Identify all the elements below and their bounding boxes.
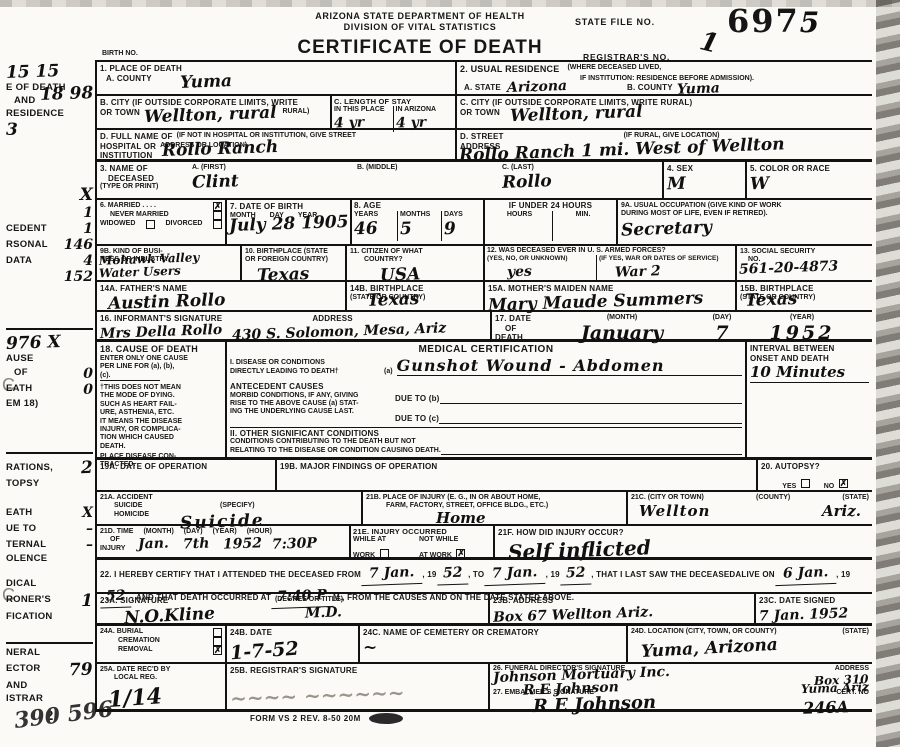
field-mother-birthplace: 15B. BIRTHPLACE (STATE OR COUNTRY) Texas: [737, 282, 872, 310]
field-label: 19A. DATE OF OPERATION: [100, 462, 272, 472]
field-disposition: 24A. BURIAL CREMATION REMOVAL✗: [97, 626, 227, 662]
divorced-label: DIVORCED: [165, 220, 202, 228]
union-label-stamp-icon: [369, 713, 403, 724]
field-citizen-of: 11. CITIZEN OF WHAT COUNTRY? USA: [347, 246, 485, 280]
margin-cause-block: 976 X AUSE OF0 EATH0 EM 18): [6, 328, 93, 411]
field-registrar-signature: 25B. REGISTRAR'S SIGNATURE ~~~~ ~~~~~~: [227, 664, 490, 709]
margin-place-block: 15 15 E OF DEATH AND18 98 RESIDENCE 3: [6, 62, 93, 140]
margin-hw: X: [82, 505, 93, 521]
field-sublabel: (YEAR): [213, 528, 237, 536]
field-usual-residence: 2. USUAL RESIDENCE (WHERE DECEASED LIVED…: [457, 62, 872, 94]
field-label: 7. DATE OF BIRTH: [230, 202, 347, 212]
age-months-value: 5: [400, 219, 413, 239]
field-injury-occurred: 21E. INJURY OCCURRED WHILE AT WORK NOT W…: [351, 526, 495, 557]
antecedent-note: RISE TO THE ABOVE CAUSE (a) STAT-: [230, 400, 395, 408]
margin-hw: 1: [81, 591, 93, 611]
margin-hw: 1: [6, 205, 93, 221]
funeral-address-value2: Yuma Ariz: [801, 680, 869, 698]
margin-label: RESIDENCE: [6, 108, 93, 121]
certify-alive-date: 6 Jan.: [774, 561, 836, 587]
field-place-of-death-county: 1. PLACE OF DEATH A. COUNTY Yuma: [97, 62, 457, 94]
certify-text: , 19: [422, 570, 436, 579]
scan-noise-right: [876, 0, 900, 747]
armed-forces-value: yes: [507, 264, 532, 281]
field-sublabel: (MONTH): [557, 314, 687, 322]
margin-violence-block: EATHX UE TO– TERNAL– OLENCE: [6, 505, 93, 566]
while-at-work-checkbox: [380, 549, 389, 558]
due-to-b-tag: DUE TO (b): [395, 394, 440, 404]
field-sublabel: IN THIS PLACE: [334, 106, 393, 114]
field-label: 4. SEX: [667, 164, 742, 174]
field-note: DURING MOST OF LIFE, EVEN IF RETIRED).: [621, 210, 869, 218]
injury-place-value: Home: [436, 509, 623, 527]
field-sublabel: MONTHS: [400, 211, 441, 219]
other-conditions-note: RELATING TO THE DISEASE OR CONDITION CAU…: [230, 447, 441, 455]
margin-hw: X: [6, 185, 93, 205]
field-usual-occupation: 9A. USUAL OCCUPATION (GIVE KIND OF WORK …: [618, 200, 872, 244]
certify-to-year: 52: [559, 561, 591, 585]
margin-hw: 4: [83, 253, 93, 269]
father-birthplace-value: Texas: [367, 289, 420, 311]
margin-autopsy-block: RATIONS,2 TOPSY: [6, 452, 93, 491]
field-sublabel: (IF YES, WAR OR DATES OF SERVICE): [599, 255, 719, 263]
cause-note: ENTER ONLY ONE CAUSE: [100, 355, 222, 363]
field-birthplace: 10. BIRTHPLACE (STATE OR FOREIGN COUNTRY…: [242, 246, 347, 280]
address-label: ADDRESS: [312, 314, 353, 324]
margin-label: AND: [6, 95, 35, 108]
field-sublabel: IN ARIZONA: [396, 106, 454, 114]
field-how-injury-occurred: 21F. HOW DID INJURY OCCUR? Self inflicte…: [495, 526, 872, 557]
certify-text: , TO: [468, 570, 484, 579]
age-years-value: 46: [354, 219, 378, 240]
cemetery-scribble: ~: [363, 638, 377, 658]
margin-label: AUSE: [6, 353, 93, 366]
date-of-birth-value: July 28 1905: [229, 212, 349, 236]
field-sublabel: HOURS: [487, 211, 552, 219]
county-sublabel: (COUNTY): [756, 494, 790, 502]
residence-city-value: Wellton, rural: [510, 101, 643, 126]
injury-year-value: 1952: [223, 536, 263, 554]
field-disposition-date: 24B. DATE 1-7-52: [227, 626, 360, 662]
informant-address-value: 430 S. Solomon, Mesa, Ariz: [232, 320, 447, 343]
field-label: 20. AUTOPSY?: [761, 462, 869, 472]
field-under-24-hours: IF UNDER 24 HOURS HOURS MIN.: [485, 200, 618, 244]
field-label: 21D. TIME: [100, 528, 133, 536]
margin-hw: 976 X: [6, 332, 61, 354]
margin-hw: 0: [83, 382, 93, 398]
physician-address-value: Box 67 Wellton Ariz.: [493, 604, 654, 626]
fathers-name-value: Austin Rollo: [108, 290, 226, 314]
field-place-city: B. CITY (IF OUTSIDE CORPORATE LIMITS, WR…: [97, 96, 332, 128]
field-autopsy: 20. AUTOPSY? YES NO ✗: [758, 460, 872, 490]
certify-text: 22. I HEREBY CERTIFY THAT I ATTENDED THE…: [100, 570, 361, 579]
removal-checkbox: ✗: [213, 646, 222, 655]
field-institution: D. FULL NAME OF (IF NOT IN HOSPITAL OR I…: [97, 130, 457, 159]
mother-birthplace-value: Texas: [745, 289, 798, 311]
field-label: 21B. PLACE OF INJURY (E. G., IN OR ABOUT…: [366, 494, 623, 502]
margin-label: DICAL: [6, 578, 93, 591]
margin-label: TERNAL: [6, 539, 46, 552]
margin-label: OF: [6, 367, 28, 380]
margin-label: UE TO: [6, 523, 36, 536]
physician-signature-value: N.O.Kline: [124, 603, 216, 628]
while-at-work-label: WHILE AT: [353, 536, 419, 544]
margin-label: DATA: [6, 255, 32, 268]
cause-note: URE, ASTHENIA, ETC.: [100, 409, 222, 417]
field-armed-forces: 12. WAS DECEASED EVER IN U. S. ARMED FOR…: [485, 246, 737, 280]
field-label: A. COUNTY: [106, 74, 152, 84]
date-signed-value: 7 Jan. 1952: [759, 605, 849, 624]
field-label: 23C. DATE SIGNED: [759, 596, 869, 606]
cause-a-tag: (a): [384, 368, 393, 376]
field-injury-city-state: 21C. (CITY OR TOWN) (COUNTY) (STATE) Wel…: [628, 492, 872, 524]
field-label: 5. COLOR OR RACE: [750, 164, 869, 174]
cremation-label: CREMATION: [100, 637, 160, 645]
never-married-checkbox: [213, 211, 222, 220]
certify-text: , THAT I LAST SAW THE DECEASED: [591, 570, 735, 579]
form-footer: FORM VS 2 REV. 8-50 20M: [250, 713, 403, 724]
field-label: 23B. ADDRESS: [493, 596, 751, 606]
certificate-header: BIRTH NO. ARIZONA STATE DEPARTMENT OF HE…: [0, 0, 900, 60]
sex-value: M: [667, 173, 687, 194]
antecedent-note: MORBID CONDITIONS, IF ANY, GIVING: [230, 392, 395, 400]
margin-hw: 146: [64, 237, 93, 253]
injury-month-value: Jan.: [138, 536, 169, 554]
margin-label: EATH: [6, 507, 32, 520]
field-note: (WHERE DECEASED LIVED,: [567, 64, 661, 75]
field-interval-onset-death: INTERVAL BETWEEN ONSET AND DEATH 10 Minu…: [747, 342, 872, 457]
field-label: 21E. INJURY OCCURRED: [353, 527, 491, 536]
field-label: RURAL): [283, 108, 310, 125]
margin-hw: 79: [69, 659, 93, 680]
state-file-print: 697: [727, 2, 800, 40]
field-cause-of-death-notes: 18. CAUSE OF DEATH ENTER ONLY ONE CAUSE …: [97, 342, 227, 457]
field-label: 18. CAUSE OF DEATH: [100, 344, 222, 355]
not-at-work-checkbox: ✗: [456, 549, 465, 558]
field-color-or-race: 5. COLOR OR RACE W: [747, 162, 872, 198]
field-sublabel: (YEAR): [757, 314, 847, 322]
field-disposition-location: 24D. LOCATION (CITY, TOWN, OR COUNTY) (S…: [628, 626, 872, 662]
field-date-of-operation: 19A. DATE OF OPERATION: [97, 460, 277, 490]
business-value2: Water Users: [99, 264, 181, 281]
margin-hw: 3: [6, 120, 93, 140]
field-time-of-injury: 21D. TIME (MONTH) (DAY) (YEAR) (HOUR) OF…: [97, 526, 351, 557]
cause-note: DEATH.: [100, 443, 222, 451]
field-length-of-stay: C. LENGTH OF STAY IN THIS PLACE 4 yr IN …: [332, 96, 457, 128]
death-certificate-scan: C C BIRTH NO. ARIZONA STATE DEPARTMENT O…: [0, 0, 900, 747]
ssn-value: 561-20-4873: [739, 258, 839, 277]
registrars-number: 1: [697, 26, 722, 59]
field-medical-certification: MEDICAL CERTIFICATION I. DISEASE OR COND…: [227, 342, 747, 457]
field-label: 8. AGE: [354, 201, 481, 211]
other-conditions-line: [441, 445, 742, 455]
injury-city-value: Wellton: [639, 502, 710, 520]
place-city-value: Wellton, rural: [144, 102, 277, 127]
other-conditions-note: CONDITIONS CONTRIBUTING TO THE DEATH BUT…: [230, 438, 441, 446]
autopsy-no-label: NO: [824, 483, 835, 490]
field-label: HOMICIDE: [100, 511, 180, 519]
injury-hour-value: 7:30P: [272, 536, 317, 554]
cause-note: †THIS DOES NOT MEAN: [100, 384, 222, 392]
antecedent-note: ING THE UNDERLYING CAUSE LAST.: [230, 408, 395, 416]
cause-note: (c).: [100, 372, 160, 381]
widowed-checkbox: [146, 220, 155, 229]
field-note: (TYPE OR PRINT): [100, 183, 192, 191]
margin-label: EATH: [6, 383, 32, 396]
field-note: IF INSTITUTION: RESIDENCE BEFORE ADMISSI…: [580, 75, 869, 83]
first-name-value: Clint: [192, 172, 239, 194]
margin-label: RSONAL: [6, 239, 48, 252]
field-age: 8. AGE YEARS46 MONTHS5 DAYS9: [352, 200, 485, 244]
field-label: C. LENGTH OF STAY: [334, 97, 453, 106]
field-label: OR TOWN: [460, 108, 500, 124]
cause-note: PER LINE FOR (a), (b),: [100, 363, 222, 371]
margin-hw: 0: [83, 366, 93, 382]
field-sublabel: MIN.: [553, 211, 613, 219]
field-marital-status: 6. MARRIED . . . .✗ NEVER MARRIED WIDOWE…: [97, 200, 227, 244]
field-date-of-death: 17. DATE OF DEATH (MONTH) January (DAY) …: [492, 312, 872, 339]
cert-no-value: 246A: [803, 697, 849, 718]
cause-a-value: Gunshot Wound - Abdomen: [397, 356, 665, 375]
field-social-security: 13. SOCIAL SECURITY NO. 561-20-4873: [737, 246, 872, 280]
field-label: 10. BIRTHPLACE (STATE: [245, 248, 342, 256]
form-number-note: FORM VS 2 REV. 8-50 20M: [250, 714, 361, 724]
divorced-checkbox: [213, 220, 222, 229]
degree-value: M.D.: [305, 605, 342, 622]
field-label: 3. NAME OF: [100, 164, 192, 174]
state-file-label: STATE FILE NO.: [575, 17, 655, 28]
field-label: 1. PLACE OF DEATH: [100, 64, 452, 74]
field-mothers-maiden-name: 15A. MOTHER'S MAIDEN NAME Mary Maude Sum…: [485, 282, 737, 310]
margin-hw: 152: [6, 269, 93, 285]
widowed-label: WIDOWED: [100, 220, 135, 228]
field-label: 19B. MAJOR FINDINGS OF OPERATION: [280, 462, 753, 472]
autopsy-no-checkbox: ✗: [839, 479, 848, 488]
degree-label: (DEGREE OR TITLE): [275, 596, 343, 604]
field-note: OR FOREIGN COUNTRY): [245, 256, 342, 264]
dept-line2: DIVISION OF VITAL STATISTICS: [295, 22, 545, 33]
margin-hw: 18 98: [39, 83, 93, 105]
field-label: 9A. USUAL OCCUPATION (GIVE KIND OF WORK: [621, 202, 869, 210]
field-sublabel: (DAY): [687, 314, 757, 322]
margin-label: ECTOR: [6, 663, 41, 676]
field-label: OF: [100, 536, 138, 544]
field-accident-suicide-homicide: 21A. ACCIDENT SUICIDE HOMICIDE (SPECIFY)…: [97, 492, 363, 524]
field-label: OR TOWN: [100, 108, 140, 125]
while-at-work-label2: WORK: [353, 552, 375, 559]
field-attending-certification: 22. I HEREBY CERTIFY THAT I ATTENDED THE…: [97, 560, 872, 592]
field-note: (SPECIFY): [220, 502, 255, 509]
field-physician-address: 23B. ADDRESS Box 67 Wellton Ariz.: [490, 594, 756, 623]
injury-day-value: 7th: [182, 536, 209, 554]
age-days-value: 9: [444, 219, 457, 239]
field-label: 12. WAS DECEASED EVER IN U. S. ARMED FOR…: [487, 247, 733, 255]
margin-label: NERAL: [6, 647, 93, 660]
field-informant: 16. INFORMANT'S SIGNATURE ADDRESS Mrs De…: [97, 312, 492, 339]
war-value: War 2: [615, 263, 661, 281]
certify-to-date: 7 Jan.: [484, 561, 546, 587]
state-file-hw-digit: 5: [800, 6, 821, 39]
certify-text: ALIVE ON: [735, 570, 774, 579]
field-major-findings: 19B. MAJOR FINDINGS OF OPERATION: [277, 460, 758, 490]
margin-label: RATIONS,: [6, 462, 53, 475]
race-value: W: [750, 173, 770, 194]
burial-checkbox: [213, 628, 222, 637]
cause-note: IT MEANS THE DISEASE: [100, 418, 222, 426]
field-label: SUICIDE: [100, 502, 180, 510]
autopsy-yes-label: YES: [782, 483, 796, 490]
field-label: INTERVAL BETWEEN: [750, 344, 869, 354]
certify-text: , 19: [546, 570, 560, 579]
injury-state-value: Ariz.: [822, 502, 861, 520]
field-sublabel: (YES, NO, OR UNKNOWN): [487, 255, 596, 263]
margin-label: EM 18): [6, 398, 93, 411]
institution-value: Rollo Ranch: [162, 137, 279, 163]
margin-hw: 2: [81, 458, 94, 478]
field-residence-city: C. CITY (IF OUTSIDE CORPORATE LIMITS, WR…: [457, 96, 872, 128]
field-label: 21C. (CITY OR TOWN): [631, 494, 704, 502]
field-label: 25B. REGISTRAR'S SIGNATURE: [230, 666, 485, 676]
interval-value: 10 Minutes: [750, 363, 845, 381]
other-conditions-title: II. OTHER SIGNIFICANT CONDITIONS: [230, 429, 742, 439]
field-label: D. STREET: [460, 132, 504, 142]
due-to-c-line: [439, 414, 742, 424]
removal-label: REMOVAL: [100, 646, 152, 654]
field-label: 17. DATE: [495, 314, 557, 324]
field-label: DIRECTLY LEADING TO DEATH†: [230, 368, 380, 376]
field-label: INSTITUTION: [100, 151, 152, 161]
cause-note: INJURY, OR COMPLICA-: [100, 426, 222, 434]
medical-certification-title: MEDICAL CERTIFICATION: [230, 344, 742, 356]
informant-signature-value: Mrs Della Rollo: [100, 321, 223, 341]
field-sublabel: DAYS: [444, 211, 463, 219]
field-sex: 4. SEX M: [662, 162, 747, 198]
married-checkbox: ✗: [213, 202, 222, 211]
cause-note: TION WHICH CAUSED: [100, 434, 222, 442]
due-to-b-line: [440, 394, 742, 404]
margin-certification-block: DICAL RONER'S1 FICATION: [6, 578, 93, 624]
occupation-value: Secretary: [621, 217, 713, 240]
cause-note: THE MODE OF DYING.: [100, 392, 222, 400]
margin-label: TOPSY: [6, 478, 93, 491]
field-fathers-name: 14A. FATHER'S NAME Austin Rollo: [97, 282, 347, 310]
field-funeral-director: 26. FUNERAL DIRECTOR'S SIGNATURE ADDRESS…: [490, 664, 872, 709]
cause-note: SUCH AS HEART FAIL-: [100, 401, 222, 409]
field-name-of-deceased: 3. NAME OF DECEASED (TYPE OR PRINT) A. (…: [97, 162, 662, 198]
margin-label: OLENCE: [6, 553, 93, 566]
birth-no-label: BIRTH NO.: [102, 50, 138, 58]
county-value: Yuma: [179, 71, 232, 93]
field-cemetery-name: 24C. NAME OF CEMETERY OR CREMATORY ~: [360, 626, 628, 662]
last-name-value: Rollo: [502, 172, 552, 194]
margin-annotations: 15 15 E OF DEATH AND18 98 RESIDENCE 3 X …: [0, 0, 95, 747]
margin-label: FICATION: [6, 611, 93, 624]
field-date-of-birth: 7. DATE OF BIRTH MONTHDAYYEAR July 28 19…: [227, 200, 352, 244]
disposition-date-value: 1-7-52: [229, 633, 355, 664]
embalmer-signature-value: R E Johnson: [533, 692, 657, 719]
certify-from-date: 7 Jan.: [361, 561, 423, 587]
page-title: CERTIFICATE OF DEATH: [295, 37, 545, 60]
margin-hw: 15 15: [6, 61, 60, 83]
registrar-signature-squiggle: ~~~~ ~~~~~~: [230, 677, 486, 710]
field-street-address: D. STREET (IF RURAL, GIVE LOCATION) ADDR…: [457, 130, 872, 159]
margin-label: AND: [6, 680, 93, 693]
field-label: I. DISEASE OR CONDITIONS: [230, 359, 380, 367]
margin-label: RONER'S: [6, 594, 51, 607]
antecedent-title: ANTECEDENT CAUSES: [230, 382, 742, 392]
certify-text: , 19: [836, 570, 850, 579]
field-father-birthplace: 14B. BIRTHPLACE (STATE OR COUNTRY) Texas: [347, 282, 485, 310]
field-physician-signature: 23A. SIGNATURE N.O.Kline (DEGREE OR TITL…: [97, 594, 490, 623]
married-label: 6. MARRIED . . . .: [100, 202, 156, 210]
field-label: INJURY: [100, 545, 138, 553]
autopsy-yes-checkbox: [801, 479, 810, 488]
field-label: HOSPITAL OR: [100, 142, 156, 152]
field-kind-of-business: 9B. KIND OF BUSI- NESS OR INDUSTRY Mohaw…: [97, 246, 242, 280]
dept-line1: ARIZONA STATE DEPARTMENT OF HEALTH: [295, 11, 545, 22]
field-sublabel: B. (MIDDLE): [357, 164, 502, 172]
margin-hw: –: [86, 537, 93, 553]
field-date-signed: 23C. DATE SIGNED 7 Jan. 1952: [756, 594, 872, 623]
field-label: 21A. ACCIDENT: [100, 494, 180, 502]
field-label: 13. SOCIAL SECURITY: [740, 248, 869, 256]
field-label: 25A. DATE REC'D BY: [100, 666, 222, 674]
margin-label: CEDENT: [6, 223, 47, 236]
never-married-label: NEVER MARRIED: [100, 211, 169, 219]
field-place-of-injury: 21B. PLACE OF INJURY (E. G., IN OR ABOUT…: [363, 492, 628, 524]
not-at-work-label: NOT WHILE: [419, 536, 465, 544]
field-label: 24C. NAME OF CEMETERY OR CREMATORY: [363, 628, 623, 638]
margin-hw: 1: [83, 221, 93, 237]
certificate-form: 1. PLACE OF DEATH A. COUNTY Yuma 2. USUA…: [95, 60, 872, 712]
burial-label: 24A. BURIAL: [100, 628, 143, 636]
margin-decedent-block: X 1 CEDENT1 RSONAL146 DATA4 152: [6, 185, 93, 285]
state-sublabel: (STATE): [842, 494, 869, 502]
state-file-number: 6975: [727, 2, 821, 40]
certify-from-year: 52: [436, 561, 468, 585]
margin-hw: –: [86, 521, 93, 537]
not-at-work-label2: AT WORK: [419, 552, 452, 559]
field-label: OF: [495, 324, 557, 334]
field-label: IF UNDER 24 HOURS: [487, 201, 614, 211]
field-label: 11. CITIZEN OF WHAT: [350, 248, 480, 256]
date-received-value: 1/14: [107, 679, 223, 713]
due-to-c-tag: DUE TO (c): [395, 414, 439, 424]
field-label: 2. USUAL RESIDENCE: [460, 64, 559, 75]
field-label: ONSET AND DEATH: [750, 354, 869, 364]
field-date-received: 25A. DATE REC'D BY LOCAL REG. 1/14: [97, 664, 227, 709]
field-label: DECEASED: [100, 174, 192, 184]
